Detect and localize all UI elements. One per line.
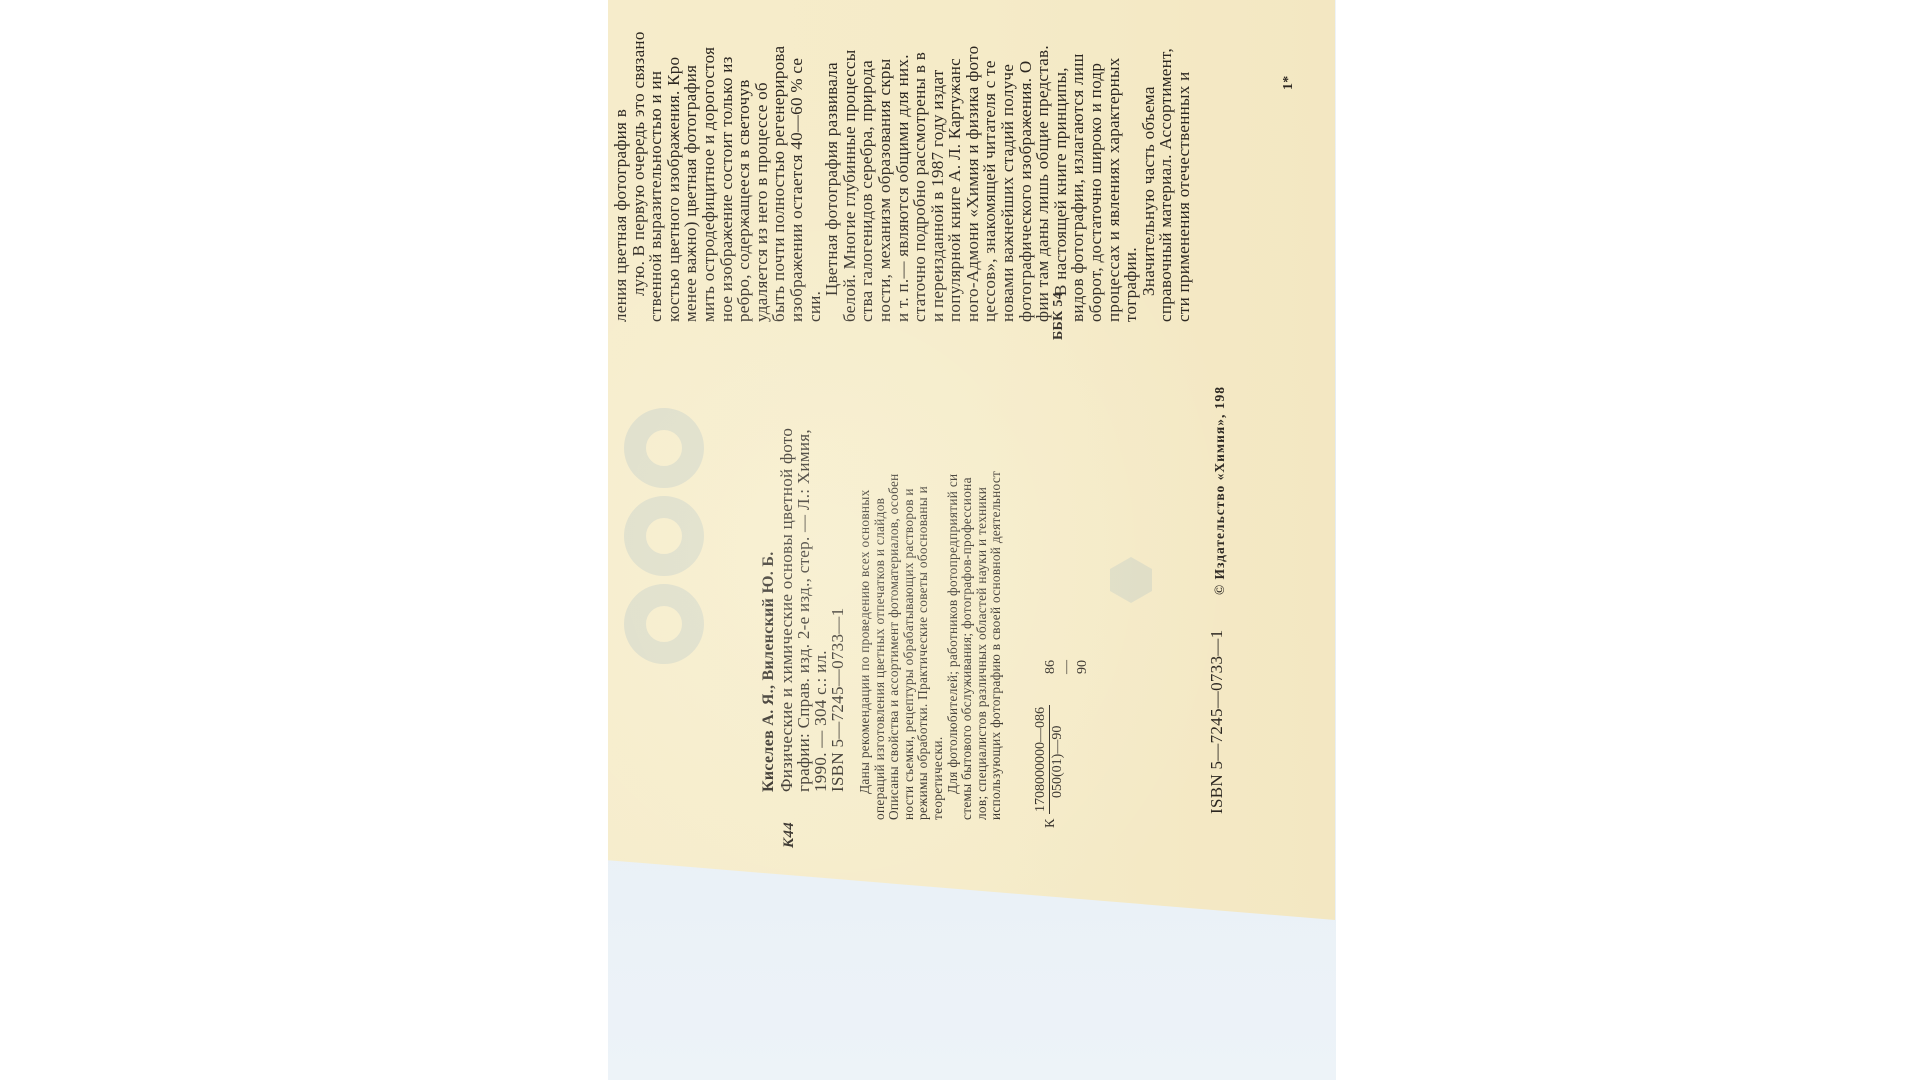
body-text: ления цветная фотография влую. В первую …	[612, 31, 1193, 322]
text-line: удаляется из него в процессе об	[753, 31, 771, 322]
signature-mark: 1*	[1280, 75, 1297, 90]
text-line: ISBN 5—7245—0733—1	[829, 428, 846, 792]
text-line: сти применения отечественных и	[1175, 31, 1193, 322]
text-line: оборот, достаточно широко и подр	[1087, 31, 1105, 322]
text-line: операций изготовления цветных отпечатков…	[873, 471, 888, 820]
text-line: ного-Адмони «Химия и физика фото	[964, 31, 982, 322]
card-annotation: Даны рекомендации по проведению всех осн…	[858, 471, 1004, 820]
text-line: цессов», знакомящей читателя с те	[981, 31, 999, 322]
text-line: процессах и явлениях характерных	[1105, 31, 1123, 322]
card-authors: Киселев А. Я., Виленский Ю. Б.	[760, 551, 777, 792]
text-line: использующих фотографию в своей основной…	[989, 471, 1004, 820]
bbk-code: ББК 54	[1050, 292, 1067, 340]
text-line: ления цветная фотография в	[612, 31, 630, 322]
text-line: стемы бытового обслуживания; фотографов-…	[960, 471, 975, 820]
text-line: ственной выразительностью и ин	[647, 31, 665, 322]
card-description: Физические и химические основы цветной ф…	[778, 428, 846, 792]
text-line: и т. п.— являются общими для них.	[894, 31, 912, 322]
text-line: новами важнейших стадий получе	[999, 31, 1017, 322]
text-line: Значительную часть объема	[1140, 31, 1158, 322]
text-line: мить остродефицитное и дорогостоя	[700, 31, 718, 322]
text-line: тографии.	[1122, 31, 1140, 322]
text-line: Описаны свойства и ассортимент фотоматер…	[887, 471, 902, 820]
text-line: фии там даны лишь общие представ.	[1034, 31, 1052, 322]
text-line: популярной книге А. Л. Картужанс	[946, 31, 964, 322]
text-line: ное изображение состоит только из	[718, 31, 736, 322]
text-line: режимы обработки. Практические советы об…	[916, 471, 931, 820]
text-line: быть почти полностью регенерирова	[770, 31, 788, 322]
text-line: графии: Справ. изд. 2-е изд., стер. — Л.…	[795, 428, 812, 792]
text-line: лую. В первую очередь это связано	[630, 31, 648, 322]
text-line: Цветная фотография развивала	[823, 31, 841, 322]
text-line: ности, механизм образования скры	[876, 31, 894, 322]
text-line: 1990. — 304 с.: ил.	[812, 428, 829, 792]
text-line: лов; специалистов различных областей нау…	[975, 471, 990, 820]
text-line: Физические и химические основы цветной ф…	[778, 428, 795, 792]
text-line: статочно подробно рассмотрены в в	[911, 31, 929, 322]
text-line: и переизданной в 1987 году издат	[929, 31, 947, 322]
book-page: ления цветная фотография влую. В первую …	[608, 0, 1335, 920]
text-line: изображении остается 40—60 % се	[788, 31, 806, 322]
text-line: менее важно) цветная фотография	[682, 31, 700, 322]
fraction-numerator: 1708000000—086	[1033, 705, 1050, 814]
text-line: ства галогенидов серебра, природа	[858, 31, 876, 322]
text-line: видов фотографии, излагаются лиш	[1069, 31, 1087, 322]
copyright-line: © Издательство «Химия», 198	[1211, 386, 1228, 595]
text-line: справочный материал. Ассортимент,	[1157, 31, 1175, 322]
text-line: сии.	[806, 31, 824, 322]
fraction-prefix: К	[1043, 819, 1059, 828]
index-fraction: К 1708000000—086 050(01)—90 86—90	[1033, 705, 1066, 814]
text-line: В настоящей книге принципы,	[1052, 31, 1070, 322]
text-line: ности съемки, рецептуры обрабатывающих р…	[902, 471, 917, 820]
text-line: фотографического изображения. О	[1017, 31, 1035, 322]
fraction-suffix: 86—90	[1043, 660, 1091, 674]
text-line: теоретически.	[931, 471, 946, 820]
fraction-denominator: 050(01)—90	[1050, 705, 1066, 814]
isbn-footer: ISBN 5—7245—0733—1	[1208, 630, 1225, 814]
text-line: Для фотолюбителей; работников фотопредпр…	[946, 471, 961, 820]
classification-code: К44	[781, 822, 798, 848]
rotated-content: ления цветная фотография влую. В первую …	[608, 0, 1335, 900]
text-line: ребро, содержащееся в светочув	[735, 31, 753, 322]
text-line: костью цветного изображения. Кро	[665, 31, 683, 322]
text-line: белой. Многие глубинные процессы	[841, 31, 859, 322]
text-line: Даны рекомендации по проведению всех осн…	[858, 471, 873, 820]
